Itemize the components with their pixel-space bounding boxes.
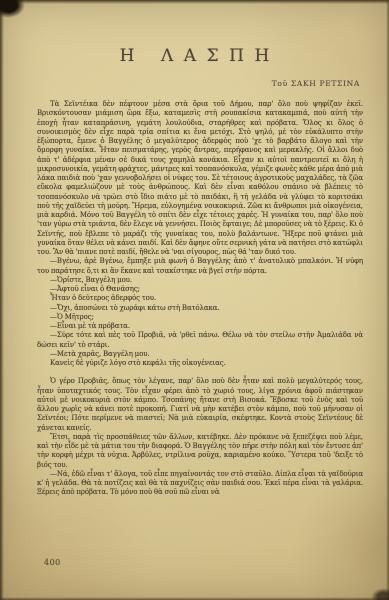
paragraph: —Μετὰ χαρᾶς, Βαγγέλη μου. (37, 350, 363, 359)
paragraph: Ὁ γέρο Προβιᾶς, ὅπως τὸν λέγανε, παρ' ὅλ… (37, 377, 363, 433)
scan-edge-left (0, 0, 4, 600)
paragraph: Τὰ Σεϊντέικα δὲν πέφτουν μέσα στὰ ὅρια τ… (37, 100, 363, 257)
paragraph: —Ὄχι, ἀποσώνει τὸ χωράφι κάτω στὴ Βατόλα… (37, 304, 363, 313)
paragraph: —Εἶναι μὲ τὰ πρόβατα. (37, 322, 363, 331)
scan-corner-bottom-right (371, 588, 389, 600)
paragraph: —Ἀφτοῦ εἶναι ὁ Θανάσης; (37, 285, 363, 294)
page-title: Η ΛΑΣΠΗ (0, 0, 389, 66)
paragraph: —Σύρε τότε καὶ πὲς τοῦ Προβιᾶ, νὰ 'ρθεῖ … (37, 331, 363, 350)
paragraph: —Βγένω, ἀρὲ Βγένω, ἔμπηξε μιὰ φωνὴ ὁ Βαγ… (37, 257, 363, 276)
scanned-page: Η ΛΑΣΠΗ Τοῦ ΣΑΚΗ ΡΕΤΣΙΝΑ Τὰ Σεϊντέικα δὲ… (0, 0, 389, 600)
body-text: Τὰ Σεϊντέικα δὲν πέφτουν μέσα στὰ ὅρια τ… (37, 100, 363, 498)
paragraph: Κανεὶς δὲ γύριζε λόγο στὸ κεφάλι τῆς οἰκ… (37, 359, 363, 368)
byline: Τοῦ ΣΑΚΗ ΡΕΤΣΙΝΑ (37, 79, 360, 88)
paragraph: —Ὁρίστε, Βαγγέλη μου. (37, 276, 363, 285)
paragraph: —Νά, ἐδῶ εἶναι τ' ἄλογα, τοῦ εἶπε πηγαίν… (37, 470, 363, 498)
page-number: 400 (44, 558, 61, 567)
paragraph: Ἔτσι, παρὰ τὶς προσπάθειες τῶν ἄλλων, κα… (37, 433, 363, 470)
paragraph: —Ὁ Μῆτρος; (37, 313, 363, 322)
paragraph: Ἦταν ὁ δεύτερος ἀδερφός του. (37, 294, 363, 303)
